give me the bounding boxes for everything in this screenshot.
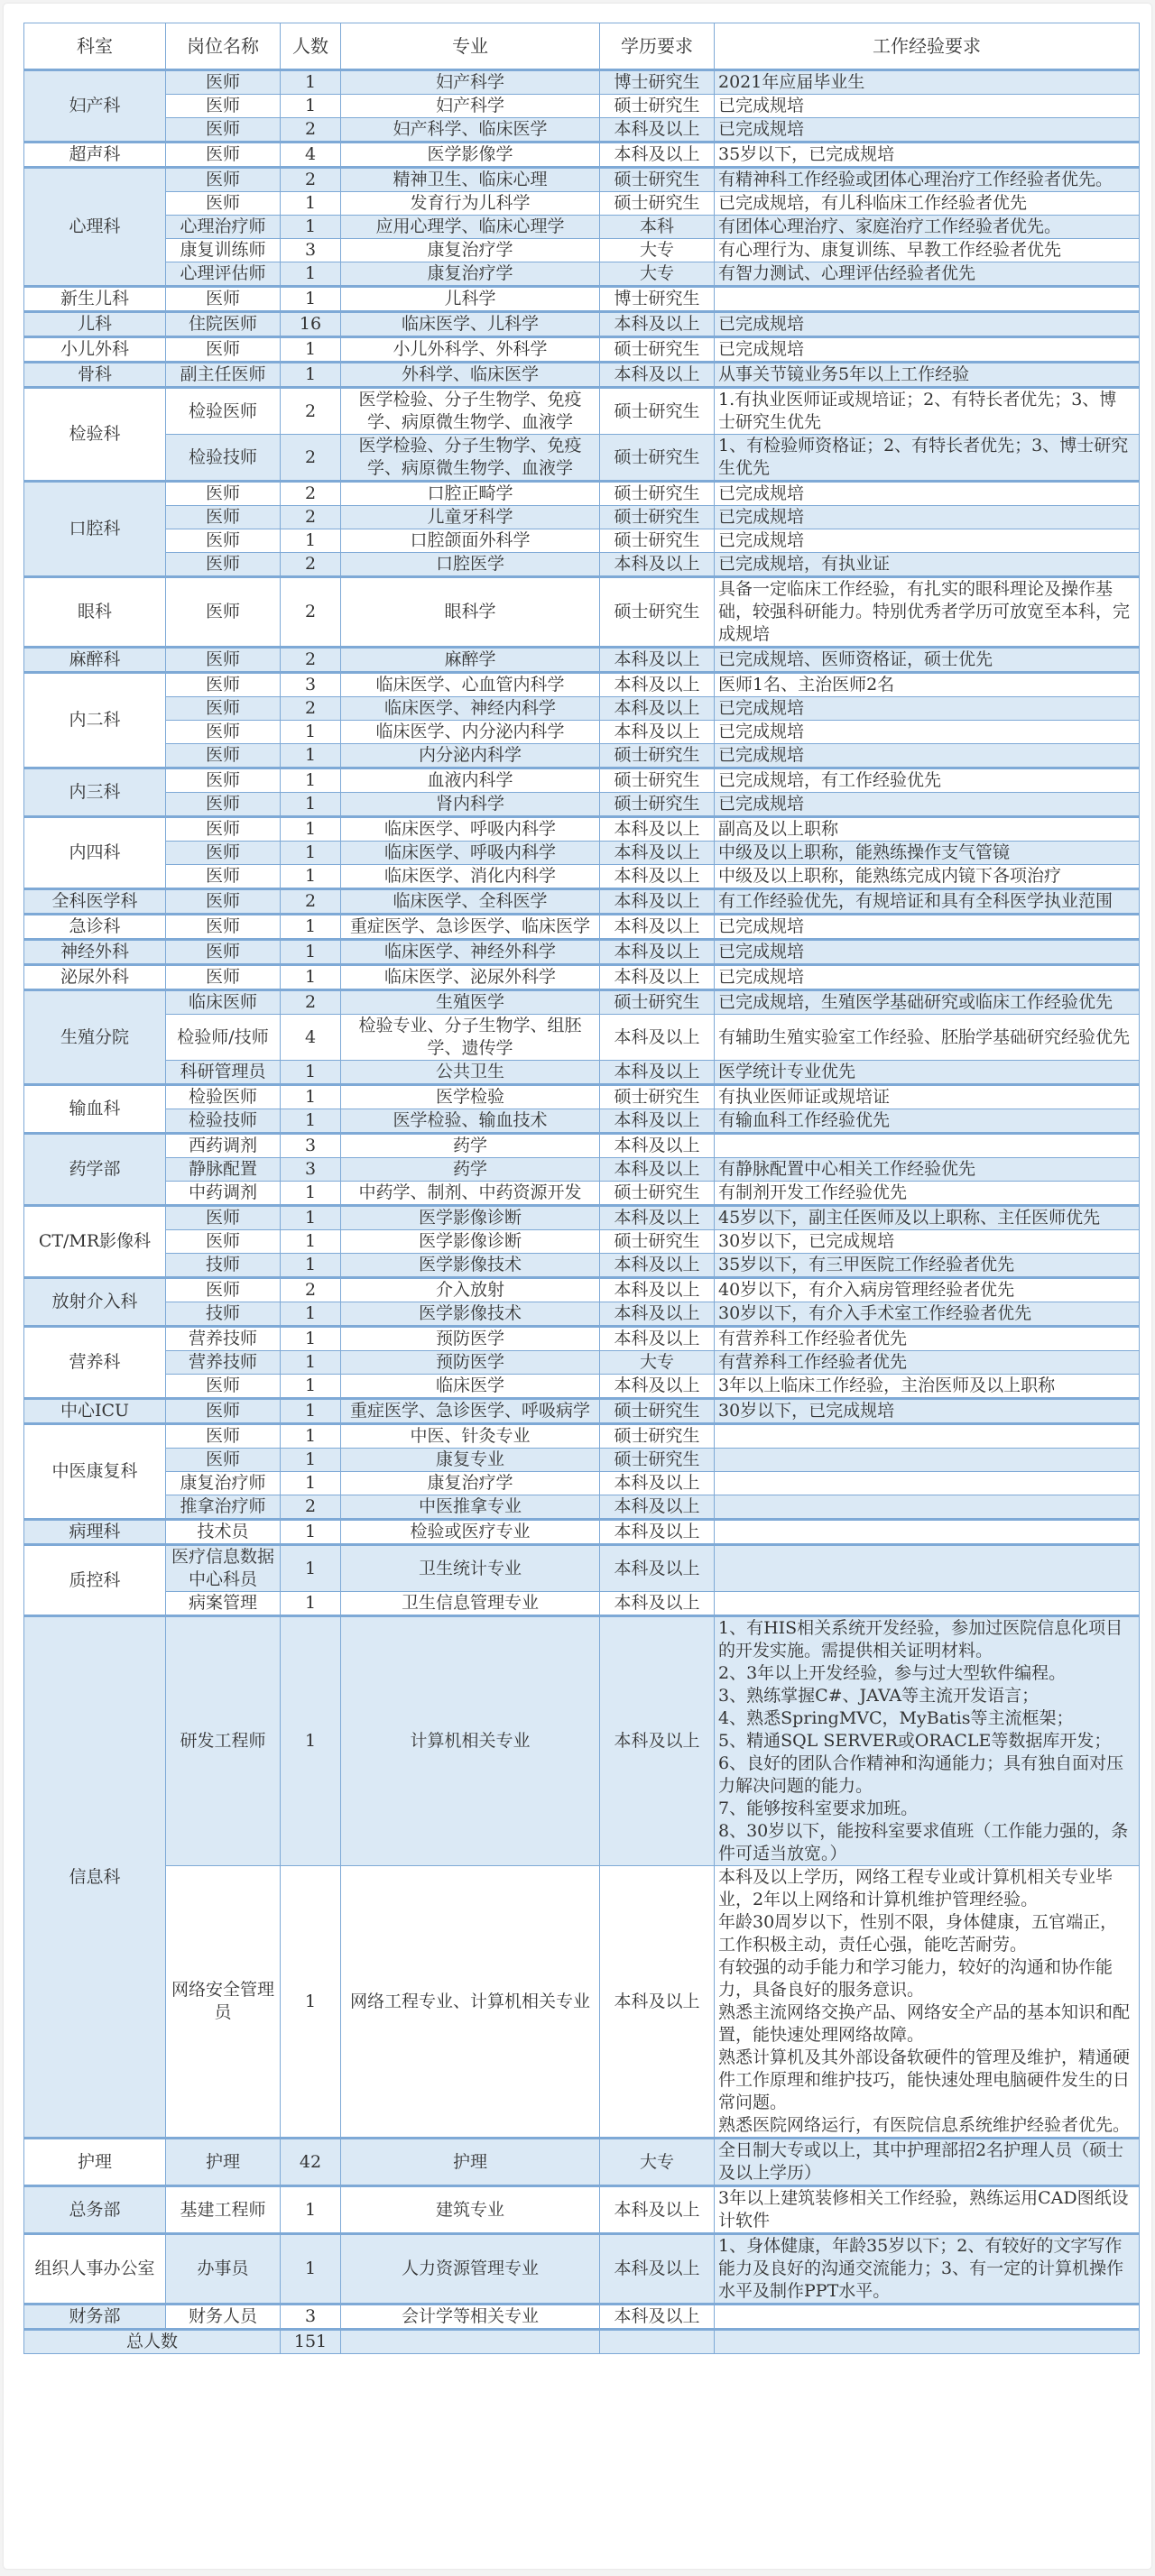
major-cell: 康复治疗学	[341, 1472, 600, 1495]
post-cell: 医师	[166, 889, 281, 915]
table-row: 网络安全管理员1网络工程专业、计算机相关专业本科及以上本科及以上学历，网络工程专…	[24, 1866, 1140, 2139]
major-cell: 医学检验	[341, 1085, 600, 1109]
dept-cell: 全科医学科	[24, 889, 166, 915]
count-cell: 1	[281, 965, 341, 990]
count-cell: 4	[281, 143, 341, 168]
major-cell: 精神卫生、临床心理	[341, 168, 600, 192]
education-cell: 本科及以上	[600, 1495, 715, 1520]
table-row: 放射介入科医师2介入放射本科及以上40岁以下，有介入病房管理经验者优先	[24, 1278, 1140, 1302]
education-cell: 本科及以上	[600, 1375, 715, 1399]
major-cell: 中医推拿专业	[341, 1495, 600, 1520]
post-cell: 医师	[166, 915, 281, 940]
dept-cell: 内三科	[24, 768, 166, 817]
major-cell: 麻醉学	[341, 648, 600, 673]
education-cell: 本科及以上	[600, 673, 715, 697]
major-cell: 儿童牙科学	[341, 506, 600, 529]
major-cell: 公共卫生	[341, 1061, 600, 1085]
major-cell: 医学影像诊断	[341, 1206, 600, 1230]
experience-cell: 从事关节镜业务5年以上工作经验	[715, 363, 1140, 388]
header-post: 岗位名称	[166, 23, 281, 70]
post-cell: 医师	[166, 1206, 281, 1230]
experience-cell: 全日制大专或以上，其中护理部招2名护理人员（硕士及以上学历）	[715, 2139, 1140, 2186]
count-cell: 2	[281, 388, 341, 435]
post-cell: 康复训练师	[166, 239, 281, 262]
education-cell: 本科及以上	[600, 1278, 715, 1302]
table-row: 泌尿外科医师1临床医学、泌尿外科学本科及以上已完成规培	[24, 965, 1140, 990]
table-row: 中医康复科医师1中医、针灸专业硕士研究生	[24, 1424, 1140, 1449]
post-cell: 病案管理	[166, 1592, 281, 1616]
experience-cell: 已完成规培	[715, 697, 1140, 721]
education-cell: 本科及以上	[600, 1015, 715, 1061]
major-cell: 临床医学、泌尿外科学	[341, 965, 600, 990]
total-row: 总人数 151	[24, 2330, 1140, 2354]
count-cell: 2	[281, 553, 341, 577]
post-cell: 医师	[166, 506, 281, 529]
experience-cell: 3年以上临床工作经验，主治医师及以上职称	[715, 1375, 1140, 1399]
major-cell: 医学影像学	[341, 143, 600, 168]
post-cell: 医师	[166, 118, 281, 143]
table-row: 检验科检验医师2医学检验、分子生物学、免疫学、病原微生物学、血液学硕士研究生1.…	[24, 388, 1140, 435]
post-cell: 住院医师	[166, 312, 281, 337]
education-cell: 本科及以上	[600, 1134, 715, 1158]
education-cell: 本科及以上	[600, 965, 715, 990]
table-row: 病理科技术员1检验或医疗专业本科及以上	[24, 1520, 1140, 1545]
education-cell: 本科及以上	[600, 1866, 715, 2139]
experience-cell	[715, 2305, 1140, 2330]
header-row: 科室 岗位名称 人数 专业 学历要求 工作经验要求	[24, 23, 1140, 70]
count-cell: 1	[281, 1254, 341, 1278]
table-row: 医师1临床医学本科及以上3年以上临床工作经验，主治医师及以上职称	[24, 1375, 1140, 1399]
post-cell: 医师	[166, 768, 281, 793]
dept-cell: 营养科	[24, 1327, 166, 1399]
experience-cell: 已完成规培	[715, 529, 1140, 553]
total-count: 151	[281, 2330, 341, 2354]
count-cell: 1	[281, 1061, 341, 1085]
count-cell: 3	[281, 1134, 341, 1158]
experience-cell: 已完成规培，生殖医学基础研究或临床工作经验优先	[715, 990, 1140, 1015]
major-cell: 预防医学	[341, 1351, 600, 1375]
experience-cell	[715, 1545, 1140, 1592]
total-empty-exp	[715, 2330, 1140, 2354]
table-row: 生殖分院临床医师2生殖医学硕士研究生已完成规培，生殖医学基础研究或临床工作经验优…	[24, 990, 1140, 1015]
table-row: 检验师/技师4检验专业、分子生物学、组胚学、遗传学本科及以上有辅助生殖实验室工作…	[24, 1015, 1140, 1061]
table-row: 超声科医师4医学影像学本科及以上35岁以下，已完成规培	[24, 143, 1140, 168]
major-cell: 卫生统计专业	[341, 1545, 600, 1592]
education-cell: 本科及以上	[600, 865, 715, 889]
experience-cell: 副高及以上职称	[715, 817, 1140, 842]
count-cell: 2	[281, 506, 341, 529]
experience-cell: 3年以上建筑装修相关工作经验，熟练运用CAD图纸设计软件	[715, 2186, 1140, 2234]
count-cell: 2	[281, 1495, 341, 1520]
education-cell: 硕士研究生	[600, 168, 715, 192]
major-cell: 重症医学、急诊医学、呼吸病学	[341, 1399, 600, 1424]
dept-cell: 病理科	[24, 1520, 166, 1545]
table-row: 医师1临床医学、内分泌内科学本科及以上已完成规培	[24, 721, 1140, 744]
major-cell: 应用心理学、临床心理学	[341, 216, 600, 239]
table-row: 护理护理42护理大专全日制大专或以上，其中护理部招2名护理人员（硕士及以上学历）	[24, 2139, 1140, 2186]
count-cell: 1	[281, 70, 341, 95]
major-cell: 口腔医学	[341, 553, 600, 577]
count-cell: 1	[281, 1520, 341, 1545]
count-cell: 3	[281, 2305, 341, 2330]
dept-cell: 中心ICU	[24, 1399, 166, 1424]
post-cell: 医疗信息数据中心科员	[166, 1545, 281, 1592]
major-cell: 药学	[341, 1134, 600, 1158]
experience-cell	[715, 1472, 1140, 1495]
education-cell: 硕士研究生	[600, 990, 715, 1015]
education-cell: 本科及以上	[600, 697, 715, 721]
post-cell: 医师	[166, 337, 281, 363]
experience-cell: 已完成规培，有工作经验优先	[715, 768, 1140, 793]
table-row: 检验技师1医学检验、输血技术本科及以上有输血科工作经验优先	[24, 1109, 1140, 1134]
post-cell: 检验技师	[166, 435, 281, 482]
post-cell: 医师	[166, 168, 281, 192]
experience-cell: 已完成规培	[715, 482, 1140, 506]
experience-cell: 35岁以下，有三甲医院工作经验者优先	[715, 1254, 1140, 1278]
dept-cell: 骨科	[24, 363, 166, 388]
post-cell: 医师	[166, 192, 281, 216]
post-cell: 心理评估师	[166, 262, 281, 287]
major-cell: 医学检验、分子生物学、免疫学、病原微生物学、血液学	[341, 435, 600, 482]
experience-cell: 已完成规培	[715, 118, 1140, 143]
education-cell: 本科	[600, 216, 715, 239]
table-row: 神经外科医师1临床医学、神经外科学本科及以上已完成规培	[24, 940, 1140, 965]
education-cell: 本科及以上	[600, 312, 715, 337]
table-row: 药学部西药调剂3药学本科及以上	[24, 1134, 1140, 1158]
experience-cell	[715, 1449, 1140, 1472]
dept-cell: 神经外科	[24, 940, 166, 965]
education-cell: 硕士研究生	[600, 577, 715, 648]
count-cell: 1	[281, 1866, 341, 2139]
table-row: 技师1医学影像技术本科及以上30岁以下，有介入手术室工作经验者优先	[24, 1302, 1140, 1327]
table-row: 医师2妇产科学、临床医学本科及以上已完成规培	[24, 118, 1140, 143]
education-cell: 本科及以上	[600, 889, 715, 915]
count-cell: 16	[281, 312, 341, 337]
post-cell: 医师	[166, 940, 281, 965]
table-row: 检验技师2医学检验、分子生物学、免疫学、病原微生物学、血液学硕士研究生1、有检验…	[24, 435, 1140, 482]
dept-cell: 质控科	[24, 1545, 166, 1616]
post-cell: 医师	[166, 1230, 281, 1254]
count-cell: 42	[281, 2139, 341, 2186]
education-cell: 硕士研究生	[600, 1424, 715, 1449]
dept-cell: CT/MR影像科	[24, 1206, 166, 1278]
experience-cell: 中级及以上职称，能熟练完成内镜下各项治疗	[715, 865, 1140, 889]
education-cell: 硕士研究生	[600, 337, 715, 363]
count-cell: 2	[281, 697, 341, 721]
count-cell: 1	[281, 192, 341, 216]
experience-cell: 30岁以下，已完成规培	[715, 1230, 1140, 1254]
experience-cell	[715, 1520, 1140, 1545]
experience-cell: 2021年应届毕业生	[715, 70, 1140, 95]
table-row: 推拿治疗师2中医推拿专业本科及以上	[24, 1495, 1140, 1520]
count-cell: 1	[281, 1399, 341, 1424]
post-cell: 康复治疗师	[166, 1472, 281, 1495]
post-cell: 基建工程师	[166, 2186, 281, 2234]
count-cell: 1	[281, 915, 341, 940]
post-cell: 医师	[166, 1399, 281, 1424]
recruitment-table: 科室 岗位名称 人数 专业 学历要求 工作经验要求 妇产科医师1妇产科学博士研究…	[23, 23, 1140, 2354]
dept-cell: 中医康复科	[24, 1424, 166, 1520]
dept-cell: 麻醉科	[24, 648, 166, 673]
dept-cell: 信息科	[24, 1616, 166, 2139]
education-cell: 硕士研究生	[600, 768, 715, 793]
table-row: 眼科医师2眼科学硕士研究生具备一定临床工作经验，有扎实的眼科理论及操作基础，较强…	[24, 577, 1140, 648]
post-cell: 心理治疗师	[166, 216, 281, 239]
table-row: 医师2临床医学、神经内科学本科及以上已完成规培	[24, 697, 1140, 721]
experience-cell: 有心理行为、康复训练、早教工作经验者优先	[715, 239, 1140, 262]
dept-cell: 护理	[24, 2139, 166, 2186]
education-cell: 本科及以上	[600, 1254, 715, 1278]
dept-cell: 总务部	[24, 2186, 166, 2234]
experience-cell: 有团体心理治疗、家庭治疗工作经验者优先。	[715, 216, 1140, 239]
table-row: 骨科副主任医师1外科学、临床医学本科及以上从事关节镜业务5年以上工作经验	[24, 363, 1140, 388]
table-row: 质控科医疗信息数据中心科员1卫生统计专业本科及以上	[24, 1545, 1140, 1592]
major-cell: 临床医学	[341, 1375, 600, 1399]
table-row: 医师1发育行为儿科学硕士研究生已完成规培，有儿科临床工作经验者优先	[24, 192, 1140, 216]
post-cell: 技师	[166, 1254, 281, 1278]
major-cell: 发育行为儿科学	[341, 192, 600, 216]
table-row: 医师1医学影像诊断硕士研究生30岁以下，已完成规培	[24, 1230, 1140, 1254]
count-cell: 2	[281, 168, 341, 192]
major-cell: 药学	[341, 1158, 600, 1182]
table-row: 小儿外科医师1小儿外科学、外科学硕士研究生已完成规培	[24, 337, 1140, 363]
count-cell: 3	[281, 1158, 341, 1182]
post-cell: 医师	[166, 865, 281, 889]
education-cell: 本科及以上	[600, 2305, 715, 2330]
total-empty-edu	[600, 2330, 715, 2354]
education-cell: 本科及以上	[600, 817, 715, 842]
major-cell: 预防医学	[341, 1327, 600, 1351]
experience-cell: 已完成规培	[715, 95, 1140, 118]
dept-cell: 内四科	[24, 817, 166, 889]
experience-cell: 已完成规培	[715, 312, 1140, 337]
post-cell: 医师	[166, 673, 281, 697]
table-row: 全科医学科医师2临床医学、全科医学本科及以上有工作经验优先，有规培证和具有全科医…	[24, 889, 1140, 915]
count-cell: 3	[281, 239, 341, 262]
experience-cell: 中级及以上职称，能熟练操作支气管镜	[715, 842, 1140, 865]
experience-cell: 有精神科工作经验或团体心理治疗工作经验者优先。	[715, 168, 1140, 192]
education-cell: 本科及以上	[600, 1545, 715, 1592]
dept-cell: 急诊科	[24, 915, 166, 940]
count-cell: 1	[281, 1206, 341, 1230]
count-cell: 1	[281, 363, 341, 388]
count-cell: 4	[281, 1015, 341, 1061]
major-cell: 网络工程专业、计算机相关专业	[341, 1866, 600, 2139]
education-cell: 大专	[600, 2139, 715, 2186]
table-row: 内二科医师3临床医学、心血管内科学本科及以上医师1名、主治医师2名	[24, 673, 1140, 697]
count-cell: 2	[281, 889, 341, 915]
table-row: 急诊科医师1重症医学、急诊医学、临床医学本科及以上已完成规培	[24, 915, 1140, 940]
table-row: 心理评估师1康复治疗学大专有智力测试、心理评估经验者优先	[24, 262, 1140, 287]
post-cell: 医师	[166, 1449, 281, 1472]
major-cell: 儿科学	[341, 287, 600, 312]
count-cell: 1	[281, 793, 341, 817]
dept-cell: 超声科	[24, 143, 166, 168]
count-cell: 1	[281, 768, 341, 793]
count-cell: 2	[281, 1278, 341, 1302]
experience-cell: 已完成规培，有执业证	[715, 553, 1140, 577]
experience-cell: 1.有执业医师证或规培证；2、有特长者优先；3、博士研究生优先	[715, 388, 1140, 435]
education-cell: 大专	[600, 1351, 715, 1375]
table-row: 医师1临床医学、呼吸内科学本科及以上中级及以上职称，能熟练操作支气管镜	[24, 842, 1140, 865]
table-row: 医师2口腔医学本科及以上已完成规培，有执业证	[24, 553, 1140, 577]
count-cell: 1	[281, 1375, 341, 1399]
dept-cell: 泌尿外科	[24, 965, 166, 990]
major-cell: 临床医学、神经外科学	[341, 940, 600, 965]
table-row: 组织人事办公室办事员1人力资源管理专业本科及以上1、身体健康，年龄35岁以下；2…	[24, 2234, 1140, 2305]
experience-cell: 有工作经验优先，有规培证和具有全科医学执业范围	[715, 889, 1140, 915]
count-cell: 2	[281, 482, 341, 506]
count-cell: 1	[281, 216, 341, 239]
count-cell: 1	[281, 1230, 341, 1254]
experience-cell: 35岁以下，已完成规培	[715, 143, 1140, 168]
post-cell: 医师	[166, 143, 281, 168]
count-cell: 1	[281, 1545, 341, 1592]
dept-cell: 财务部	[24, 2305, 166, 2330]
count-cell: 1	[281, 1472, 341, 1495]
education-cell: 本科及以上	[600, 915, 715, 940]
table-row: 财务部财务人员3会计学等相关专业本科及以上	[24, 2305, 1140, 2330]
experience-cell: 30岁以下，有介入手术室工作经验者优先	[715, 1302, 1140, 1327]
education-cell: 本科及以上	[600, 1206, 715, 1230]
education-cell: 本科及以上	[600, 1616, 715, 1866]
experience-cell: 有静脉配置中心相关工作经验优先	[715, 1158, 1140, 1182]
table-row: 医师1康复专业硕士研究生	[24, 1449, 1140, 1472]
experience-cell: 已完成规培	[715, 337, 1140, 363]
major-cell: 临床医学、心血管内科学	[341, 673, 600, 697]
table-body: 妇产科医师1妇产科学博士研究生2021年应届毕业生医师1妇产科学硕士研究生已完成…	[24, 70, 1140, 2330]
major-cell: 医学影像诊断	[341, 1230, 600, 1254]
experience-cell: 医师1名、主治医师2名	[715, 673, 1140, 697]
post-cell: 医师	[166, 697, 281, 721]
post-cell: 检验师/技师	[166, 1015, 281, 1061]
education-cell: 本科及以上	[600, 553, 715, 577]
post-cell: 技术员	[166, 1520, 281, 1545]
table-row: 心理治疗师1应用心理学、临床心理学本科有团体心理治疗、家庭治疗工作经验者优先。	[24, 216, 1140, 239]
post-cell: 医师	[166, 744, 281, 768]
dept-cell: 小儿外科	[24, 337, 166, 363]
education-cell: 本科及以上	[600, 648, 715, 673]
table-row: 总务部基建工程师1建筑专业本科及以上3年以上建筑装修相关工作经验，熟练运用CAD…	[24, 2186, 1140, 2234]
header-major: 专业	[341, 23, 600, 70]
post-cell: 营养技师	[166, 1351, 281, 1375]
table-row: 科研管理员1公共卫生本科及以上医学统计专业优先	[24, 1061, 1140, 1085]
education-cell: 硕士研究生	[600, 1182, 715, 1206]
count-cell: 1	[281, 1616, 341, 1866]
major-cell: 重症医学、急诊医学、临床医学	[341, 915, 600, 940]
experience-cell: 1、身体健康，年龄35岁以下；2、有较好的文字写作能力及良好的沟通交流能力；3、…	[715, 2234, 1140, 2305]
education-cell: 本科及以上	[600, 842, 715, 865]
count-cell: 1	[281, 817, 341, 842]
table-row: 技师1医学影像技术本科及以上35岁以下，有三甲医院工作经验者优先	[24, 1254, 1140, 1278]
count-cell: 1	[281, 337, 341, 363]
education-cell: 本科及以上	[600, 1472, 715, 1495]
education-cell: 大专	[600, 239, 715, 262]
experience-cell: 已完成规培	[715, 793, 1140, 817]
major-cell: 医学影像技术	[341, 1254, 600, 1278]
experience-cell: 已完成规培	[715, 940, 1140, 965]
count-cell: 1	[281, 842, 341, 865]
education-cell: 本科及以上	[600, 1061, 715, 1085]
education-cell: 本科及以上	[600, 2186, 715, 2234]
count-cell: 1	[281, 1449, 341, 1472]
major-cell: 卫生信息管理专业	[341, 1592, 600, 1616]
dept-cell: 药学部	[24, 1134, 166, 1206]
dept-cell: 新生儿科	[24, 287, 166, 312]
table-row: 内四科医师1临床医学、呼吸内科学本科及以上副高及以上职称	[24, 817, 1140, 842]
major-cell: 人力资源管理专业	[341, 2234, 600, 2305]
experience-cell	[715, 1592, 1140, 1616]
education-cell: 本科及以上	[600, 721, 715, 744]
experience-cell: 已完成规培	[715, 965, 1140, 990]
major-cell: 临床医学、内分泌内科学	[341, 721, 600, 744]
major-cell: 口腔正畸学	[341, 482, 600, 506]
total-label: 总人数	[24, 2330, 281, 2354]
major-cell: 临床医学、消化内科学	[341, 865, 600, 889]
post-cell: 医师	[166, 648, 281, 673]
count-cell: 2	[281, 990, 341, 1015]
post-cell: 医师	[166, 842, 281, 865]
count-cell: 1	[281, 1085, 341, 1109]
post-cell: 医师	[166, 793, 281, 817]
dept-cell: 放射介入科	[24, 1278, 166, 1327]
count-cell: 1	[281, 95, 341, 118]
count-cell: 2	[281, 118, 341, 143]
post-cell: 医师	[166, 965, 281, 990]
count-cell: 2	[281, 577, 341, 648]
table-row: 儿科住院医师16临床医学、儿科学本科及以上已完成规培	[24, 312, 1140, 337]
post-cell: 医师	[166, 529, 281, 553]
experience-cell: 已完成规培	[715, 721, 1140, 744]
experience-cell: 已完成规培，有儿科临床工作经验者优先	[715, 192, 1140, 216]
major-cell: 临床医学、呼吸内科学	[341, 842, 600, 865]
major-cell: 临床医学、全科医学	[341, 889, 600, 915]
education-cell: 本科及以上	[600, 1158, 715, 1182]
major-cell: 建筑专业	[341, 2186, 600, 2234]
education-cell: 硕士研究生	[600, 793, 715, 817]
table-row: 静脉配置3药学本科及以上有静脉配置中心相关工作经验优先	[24, 1158, 1140, 1182]
post-cell: 办事员	[166, 2234, 281, 2305]
education-cell: 硕士研究生	[600, 529, 715, 553]
count-cell: 3	[281, 673, 341, 697]
count-cell: 1	[281, 262, 341, 287]
count-cell: 1	[281, 865, 341, 889]
education-cell: 硕士研究生	[600, 482, 715, 506]
header-count: 人数	[281, 23, 341, 70]
count-cell: 1	[281, 744, 341, 768]
major-cell: 中药学、制剂、中药资源开发	[341, 1182, 600, 1206]
experience-cell	[715, 1495, 1140, 1520]
major-cell: 会计学等相关专业	[341, 2305, 600, 2330]
major-cell: 内分泌内科学	[341, 744, 600, 768]
experience-cell	[715, 1424, 1140, 1449]
major-cell: 小儿外科学、外科学	[341, 337, 600, 363]
count-cell: 1	[281, 529, 341, 553]
post-cell: 营养技师	[166, 1327, 281, 1351]
experience-cell: 30岁以下，已完成规培	[715, 1399, 1140, 1424]
dept-cell: 输血科	[24, 1085, 166, 1134]
post-cell: 静脉配置	[166, 1158, 281, 1182]
table-row: 医师1口腔颌面外科学硕士研究生已完成规培	[24, 529, 1140, 553]
table-row: 中药调剂1中药学、制剂、中药资源开发硕士研究生有制剂开发工作经验优先	[24, 1182, 1140, 1206]
experience-cell: 有输血科工作经验优先	[715, 1109, 1140, 1134]
table-row: 中心ICU医师1重症医学、急诊医学、呼吸病学硕士研究生30岁以下，已完成规培	[24, 1399, 1140, 1424]
major-cell: 计算机相关专业	[341, 1616, 600, 1866]
education-cell: 博士研究生	[600, 70, 715, 95]
major-cell: 检验或医疗专业	[341, 1520, 600, 1545]
experience-cell: 已完成规培、医师资格证，硕士优先	[715, 648, 1140, 673]
post-cell: 财务人员	[166, 2305, 281, 2330]
